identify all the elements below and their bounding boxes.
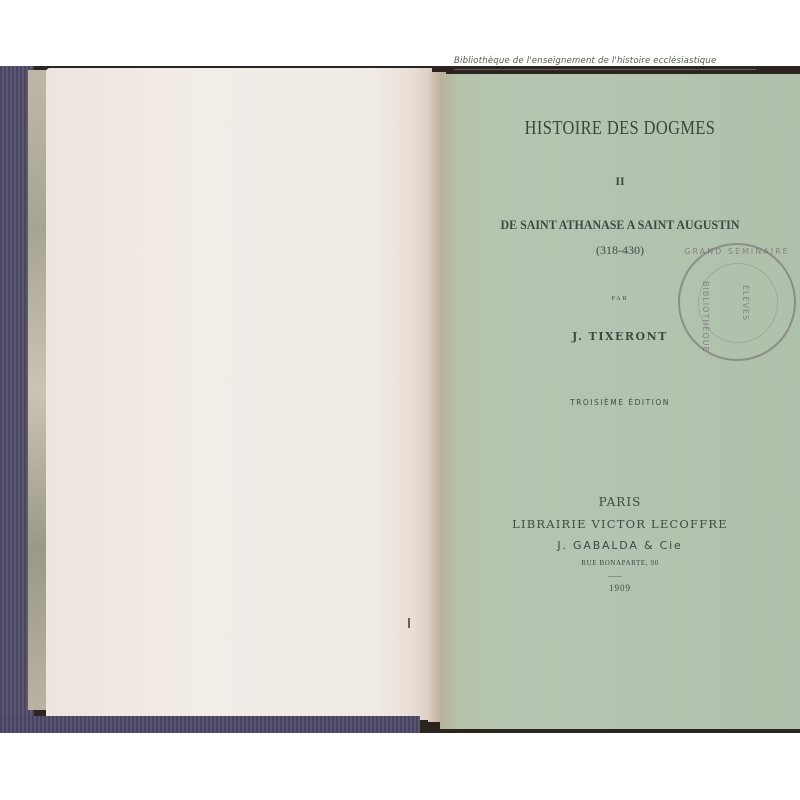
publication-city: PARIS	[440, 495, 800, 509]
stamp-center-text: BIBLIOTHÈQUE	[701, 281, 710, 353]
publisher-address: RUE BONAPARTE, 90	[440, 559, 800, 567]
stamp-ring-text: GRAND SÉMINAIRE	[680, 247, 794, 256]
blank-left-page	[46, 68, 432, 720]
book-title: HISTOIRE DES DOGMES	[472, 117, 767, 140]
series-underline	[454, 69, 756, 70]
volume-number: II	[440, 174, 800, 189]
stamp-center-text-2: ÉLÈVES	[741, 285, 750, 321]
printer-name: J. GABALDA & Cie	[440, 539, 800, 552]
publication-year: 1909	[440, 583, 800, 593]
library-stamp: GRAND SÉMINAIRE BIBLIOTHÈQUE ÉLÈVES	[678, 243, 796, 361]
book-subtitle: DE SAINT ATHANASE A SAINT AUGUSTIN	[454, 217, 785, 233]
separator-rule	[608, 576, 622, 577]
publisher-name: LIBRAIRIE VICTOR LECOFFRE	[440, 517, 800, 531]
marbled-endpaper	[28, 70, 47, 710]
stamp-inner-ring	[698, 263, 778, 343]
page-mark	[408, 618, 410, 628]
edition-label: TROISIÈME ÉDITION	[440, 398, 800, 407]
cloth-cover-bottom	[0, 716, 420, 733]
series-name: Bibliothèque de l'enseignement de l'hist…	[454, 56, 754, 66]
